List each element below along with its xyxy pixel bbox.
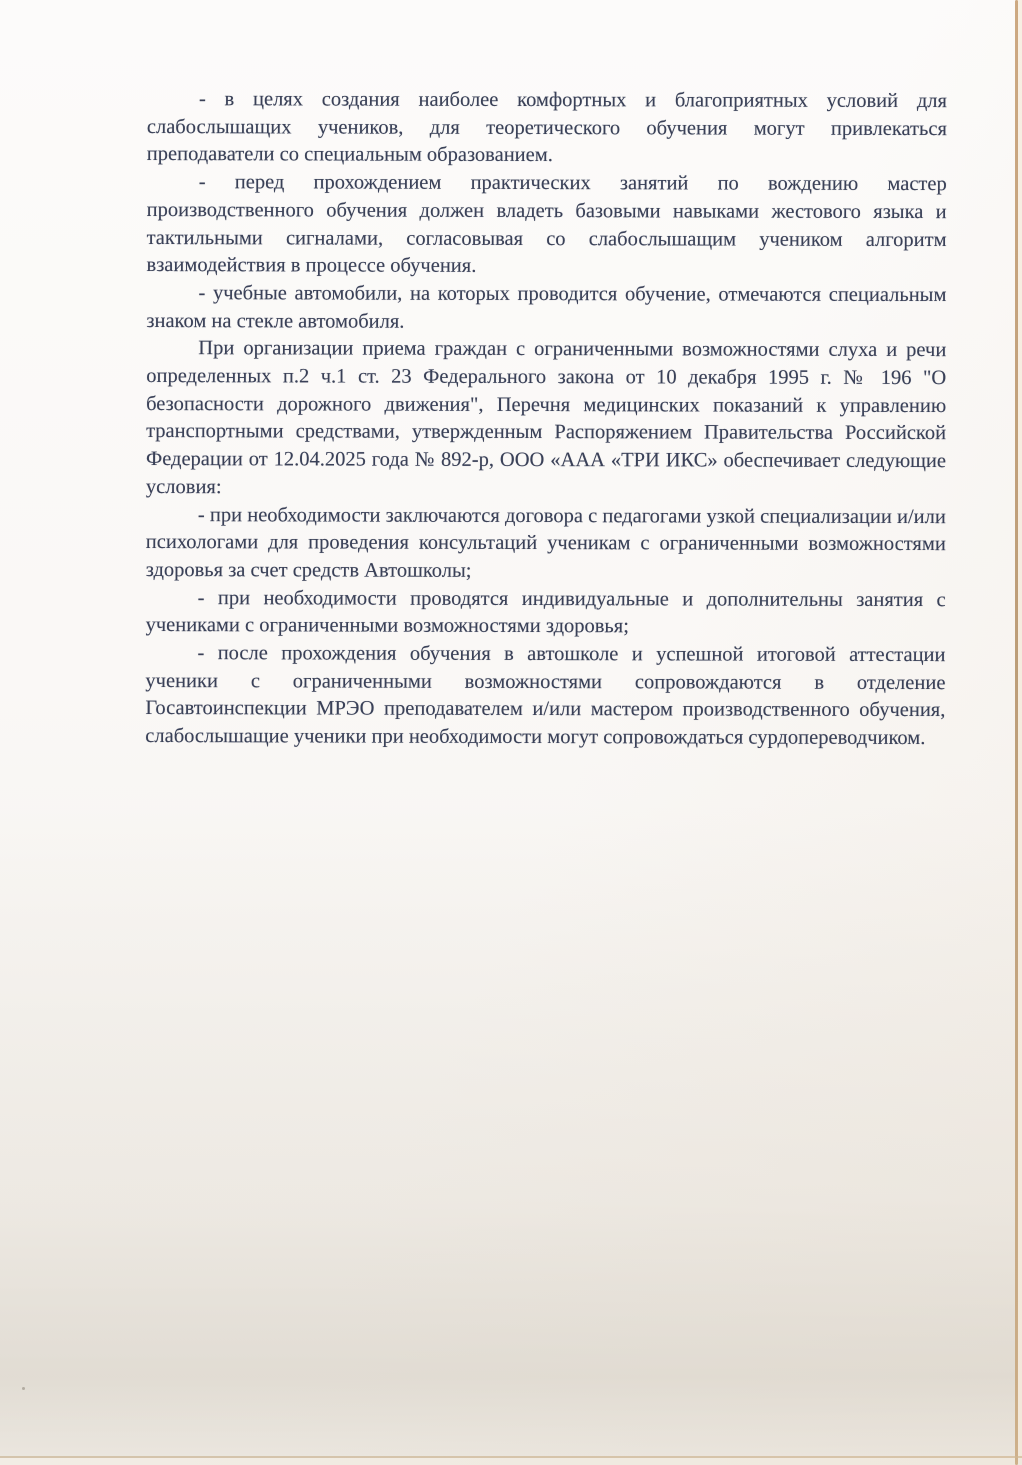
photographed-document-page: - в целях создания наиболее комфортных и… xyxy=(0,0,1022,1465)
dust-speck xyxy=(22,1387,25,1390)
document-body: - в целях создания наиболее комфортных и… xyxy=(145,86,947,753)
paragraph-training-car-sign: - учебные автомобили, на которых проводи… xyxy=(146,280,946,338)
paragraph-driving-instructor-skills: - перед прохождением практических заняти… xyxy=(146,169,946,282)
page-bottom-edge xyxy=(0,1456,1022,1458)
surface-beyond-bottom-edge xyxy=(0,1458,1022,1465)
paragraph-escort-after-training: - после прохождения обучения в автошколе… xyxy=(145,640,945,753)
paragraph-individual-lessons: - при необходимости проводятся индивидуа… xyxy=(146,585,946,643)
paragraph-legal-basis: При организации приема граждан с огранич… xyxy=(146,335,946,503)
paragraph-specialist-contracts: - при необходимости заключаются договора… xyxy=(146,502,946,587)
page-right-edge xyxy=(1015,0,1018,1465)
paragraph-special-teachers: - в целях создания наиболее комфортных и… xyxy=(147,86,947,171)
